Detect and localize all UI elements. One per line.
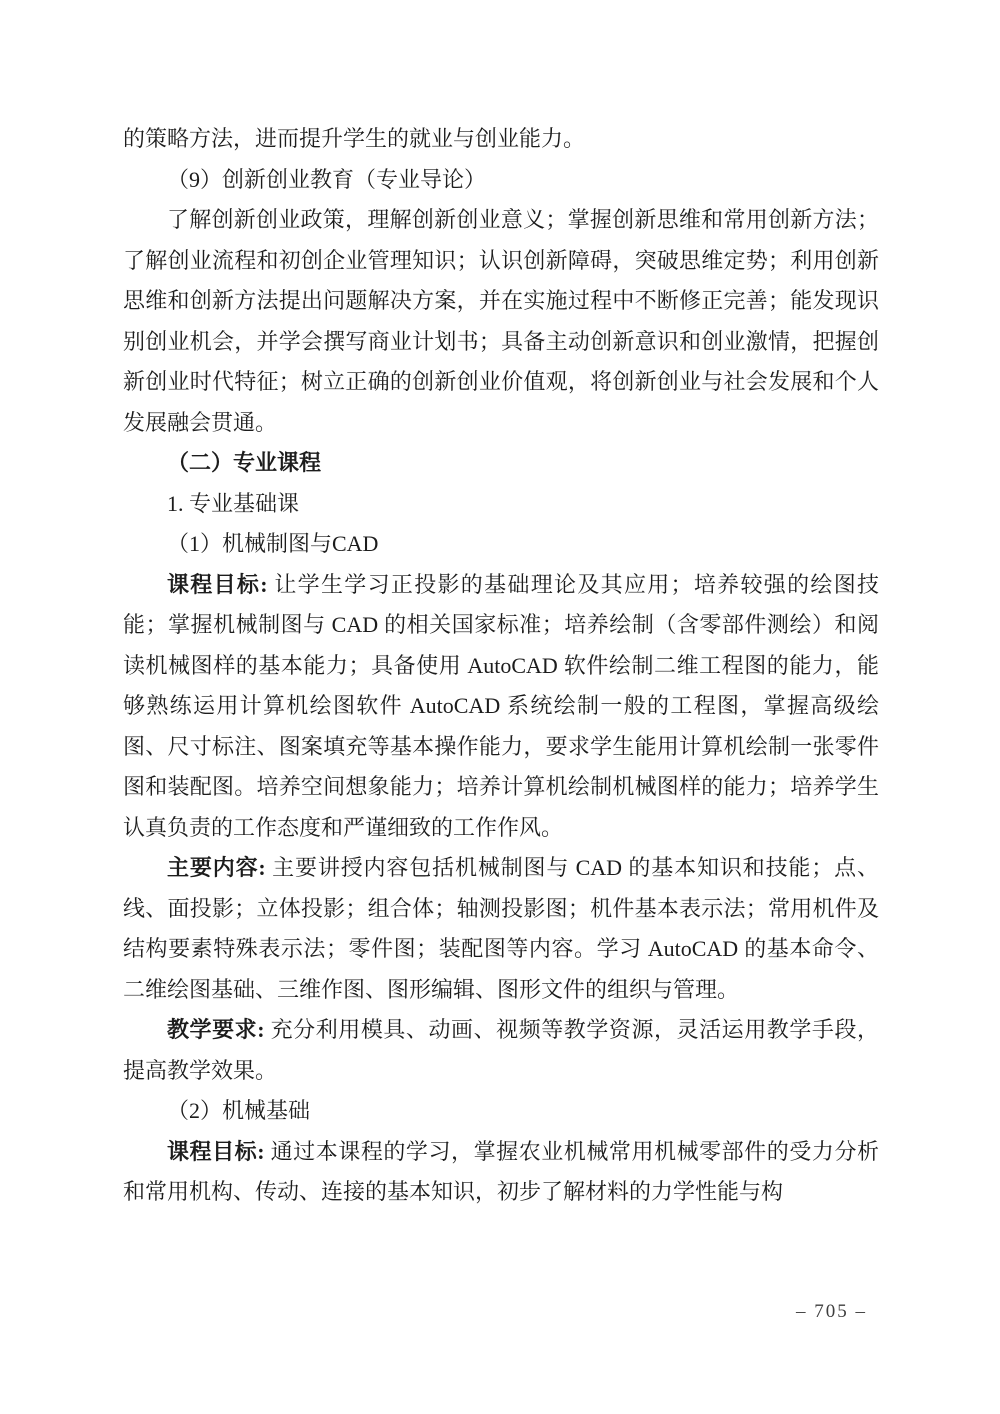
- subsection-heading-basic-courses: 1. 专业基础课: [123, 484, 879, 525]
- paragraph-main-content-cad: 主要内容: 主要讲授内容包括机械制图与 CAD 的基本知识和技能；点、线、面投影…: [123, 848, 879, 1010]
- paragraph-text: 让学生学习正投影的基础理论及其应用；培养较强的绘图技能；掌握机械制图与 CAD …: [123, 572, 879, 840]
- paragraph-lead: 课程目标:: [167, 572, 268, 597]
- document-content: 的策略方法，进而提升学生的就业与创业能力。 （9）创新创业教育（专业导论） 了解…: [123, 119, 879, 1213]
- section-heading-professional-courses: （二）专业课程: [123, 443, 879, 484]
- course-heading-mechanical-basics: （2）机械基础: [123, 1091, 879, 1132]
- list-item-9-heading: （9）创新创业教育（专业导论）: [123, 160, 879, 201]
- paragraph-innovation-education: 了解创新创业政策，理解创新创业意义；掌握创新思维和常用创新方法；了解创业流程和初…: [123, 200, 879, 443]
- page-number: – 705 –: [796, 1301, 867, 1323]
- paragraph-course-objectives-cad: 课程目标: 让学生学习正投影的基础理论及其应用；培养较强的绘图技能；掌握机械制图…: [123, 565, 879, 849]
- paragraph-teaching-requirements-cad: 教学要求: 充分利用模具、动画、视频等教学资源，灵活运用教学手段，提高教学效果。: [123, 1010, 879, 1091]
- course-heading-mechanical-drawing-cad: （1）机械制图与CAD: [123, 524, 879, 565]
- paragraph-lead: 主要内容:: [167, 855, 266, 880]
- paragraph-course-objectives-mechanical-basics: 课程目标: 通过本课程的学习，掌握农业机械常用机械零部件的受力分析和常用机构、传…: [123, 1132, 879, 1213]
- paragraph-lead: 教学要求:: [167, 1017, 265, 1042]
- paragraph-lead: 课程目标:: [167, 1139, 265, 1164]
- document-page: 的策略方法，进而提升学生的就业与创业能力。 （9）创新创业教育（专业导论） 了解…: [0, 0, 1000, 1414]
- paragraph-continuation: 的策略方法，进而提升学生的就业与创业能力。: [123, 119, 879, 160]
